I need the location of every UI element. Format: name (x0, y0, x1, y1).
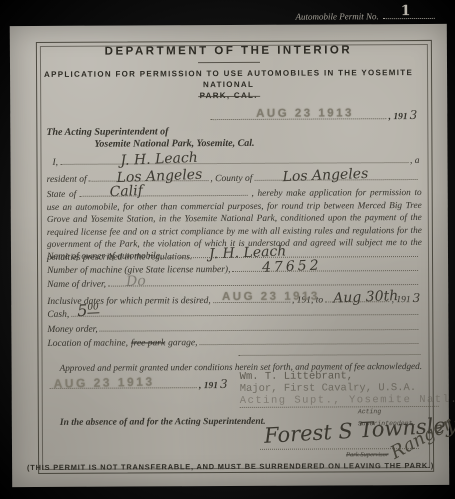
dates-end-value: Aug 30th (333, 288, 399, 307)
dates-end-fill: Aug 30th (325, 293, 389, 302)
dates-year2-digit: 3 (413, 291, 421, 305)
date-stamp: AUG 23 1913 (256, 107, 354, 120)
residence-line: resident of Los Angeles , County of Los … (47, 171, 420, 185)
officer-name: Wm. T. Littebrant, (240, 370, 439, 383)
a-suffix: , a (410, 156, 420, 166)
dates-start-fill: AUG 23 1913 (213, 294, 290, 303)
cash-cents: 00 (87, 302, 99, 313)
permit-number-label: Automobile Permit No. (295, 11, 378, 21)
addressee-line1: The Acting Superintendent of (46, 126, 168, 138)
applicant-name-fill: J. H. Leach (60, 154, 408, 165)
machine-value: 47652 (262, 258, 322, 276)
driver-fill: Do (108, 276, 418, 287)
date-year-handwritten: 3 (410, 108, 418, 122)
addressee-line2: Yosemite National Park, Yosemite, Cal. (94, 138, 254, 150)
approval-date-line: , 191 3 (48, 377, 228, 392)
permit-document: Automobile Permit No. 1 DEPARTMENT OF TH… (10, 24, 449, 487)
field-row-location: Location of machine, free park garage, (47, 335, 420, 349)
date-year-printed: , 191 (389, 112, 408, 122)
field-row-machine: Number of machine (give State license nu… (47, 262, 420, 276)
signature-caption: Park Supervisor (346, 451, 388, 458)
approving-officer-block: Wm. T. Littebrant, Major, First Cavalry,… (240, 370, 439, 408)
photo-frame: Automobile Permit No. 1 DEPARTMENT OF TH… (0, 0, 455, 499)
owner-fill: J. H. Leach (164, 248, 418, 258)
department-title: DEPARTMENT OF THE INTERIOR (10, 44, 447, 58)
cash-label: Cash, (47, 310, 69, 320)
location-struck-text: free park (131, 338, 165, 348)
applicant-name-value: J. H. Leach (120, 150, 198, 169)
dates-label: Inclusive dates for which permit is desi… (47, 296, 211, 307)
officer-rank: Major, First Cavalry, U.S.A. (240, 382, 439, 395)
field-row-owner: Name of owner of automobile, J. H. Leach (47, 248, 420, 262)
application-subtitle-line1: APPLICATION FOR PERMISSION TO USE AUTOMO… (44, 68, 413, 89)
location-suffix: garage, (168, 338, 197, 348)
date-line: AUG 23 1913 , 191 3 (208, 108, 417, 123)
approval-date-fill (50, 379, 197, 389)
state-label: State of (47, 190, 77, 200)
state-fill: Calif (80, 187, 248, 197)
dates-start-stamp: AUG 23 1913 (222, 291, 320, 304)
residence-fill: Los Angeles (89, 172, 209, 182)
money-order-label: Money order, (47, 325, 97, 335)
county-fill: Los Angeles (254, 171, 417, 181)
machine-fill: 47652 (232, 262, 418, 272)
money-order-fill (100, 321, 419, 332)
cash-value: 500 (77, 300, 99, 320)
owner-label: Name of owner of automobile, (47, 251, 162, 262)
absence-clause: In the absence of and for the Acting Sup… (60, 417, 266, 428)
permit-number-value: 1 (401, 3, 411, 19)
field-row-money-order: Money order, (47, 321, 420, 335)
permit-number-leader: 1 (383, 11, 435, 19)
field-row-cash: Cash, 500 (47, 306, 420, 320)
cash-fill: 500 (71, 306, 418, 317)
approval-year-printed: , 191 (199, 381, 218, 391)
resident-label: resident of (47, 175, 87, 185)
date-fill: AUG 23 1913 (210, 110, 386, 120)
field-row-dates: Inclusive dates for which permit is desi… (47, 291, 420, 307)
driver-value: Do (126, 273, 146, 290)
county-value: Los Angeles (282, 166, 368, 185)
driver-label: Name of driver, (47, 280, 106, 290)
state-value: Calif (110, 185, 144, 199)
i-label: I, (52, 158, 58, 168)
approval-year-handwritten: 3 (220, 377, 228, 391)
field-row-driver: Name of driver, Do (47, 276, 420, 290)
location-fill (199, 335, 418, 345)
location-label: Location of machine, (47, 339, 128, 349)
county-label: , County of (210, 174, 252, 184)
permit-number-line: Automobile Permit No. 1 (295, 11, 434, 22)
